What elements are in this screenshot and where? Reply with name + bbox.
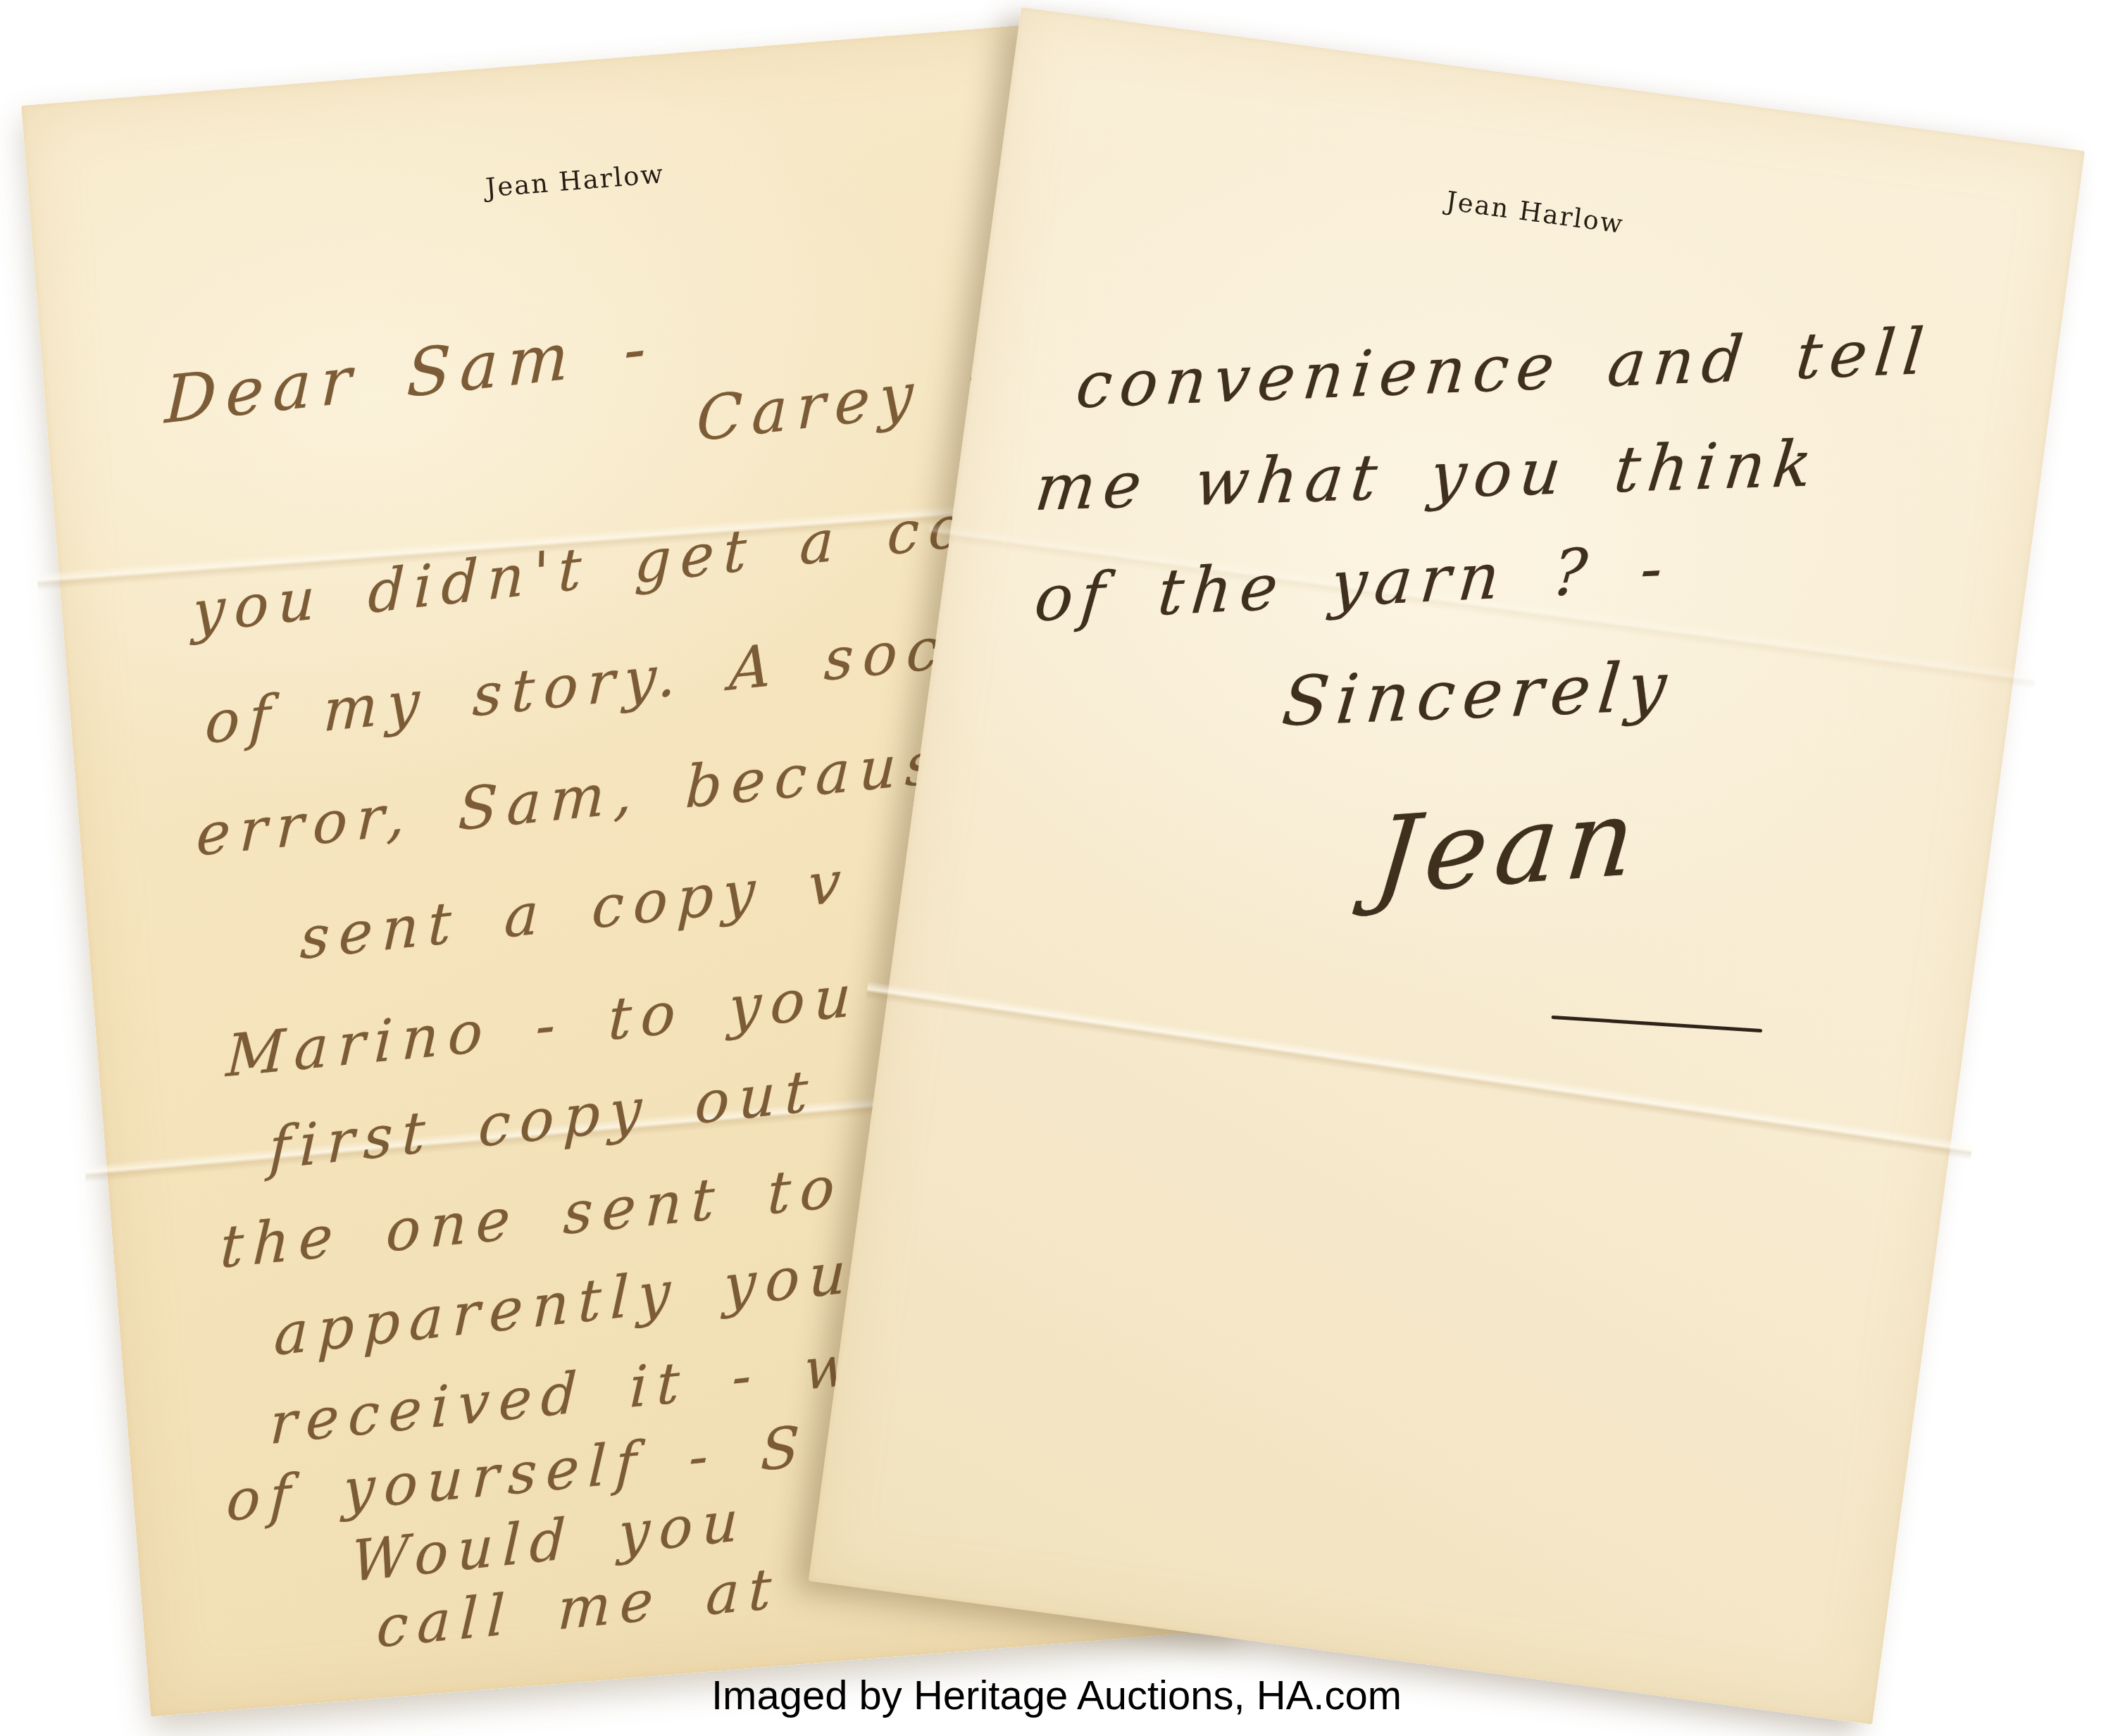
signature-jean: Jean [1369,775,1647,919]
letterhead-jean-harlow: Jean Harlow [1001,125,2069,299]
signature-underline [1551,1016,1762,1032]
handwriting-line: convenience and tell [1073,314,1934,423]
handwriting-line: of the yarn ? - [1032,531,1673,637]
handwriting-line: sent a copy v [299,848,852,973]
auction-house-caption: Imaged by Heritage Auctions, HA.com [711,1672,1402,1719]
letter-page-2: Jean Harlow convenience and tell me what… [809,7,2085,1725]
letter-photo: Jean Harlow Dear Sam - Carey tells you d… [0,0,2113,1736]
handwriting-line: me what you think [1032,427,1824,525]
handwriting-line: error, Sam, becaus [195,729,945,870]
letterhead-jean-harlow: Jean Harlow [30,122,1120,239]
handwriting-line: Marino - to you - [225,955,935,1090]
handwriting-line-salutation: Dear Sam - [164,309,656,439]
fold-crease [866,981,1973,1161]
handwriting-line-closing: Sincerely [1279,647,1678,742]
